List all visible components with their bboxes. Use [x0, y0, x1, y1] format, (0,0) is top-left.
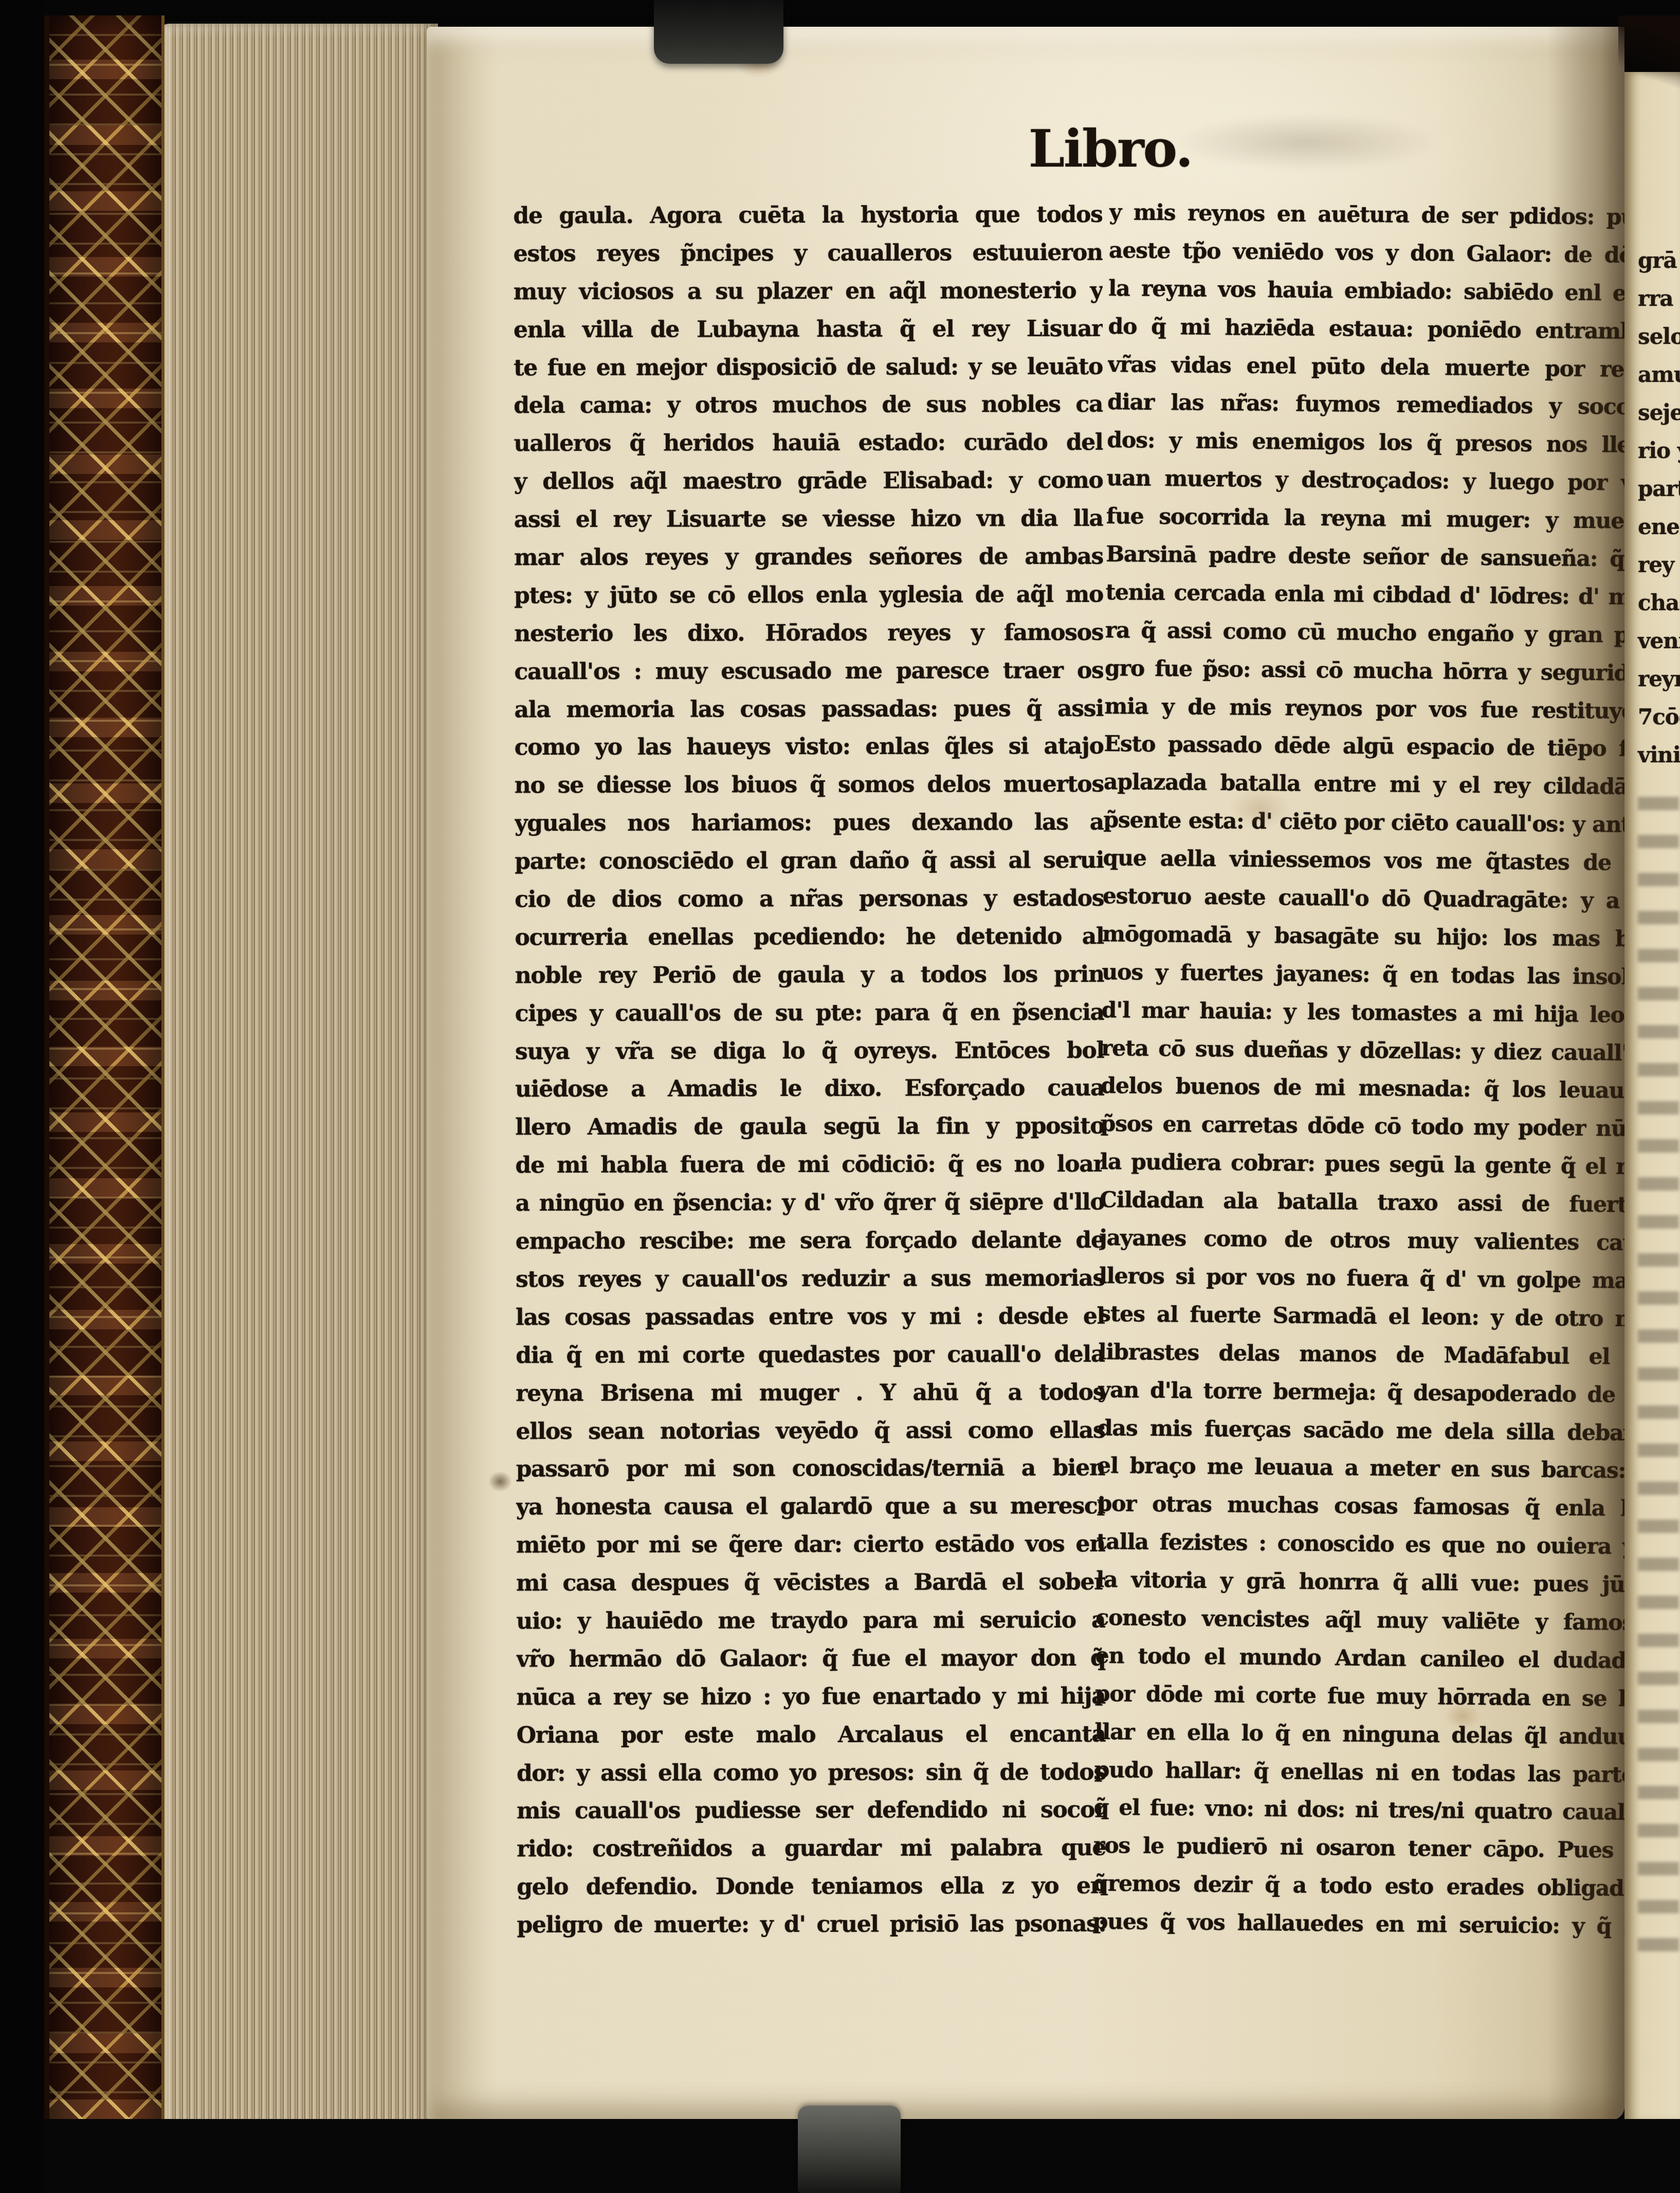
gilt-binding-edge: [44, 13, 165, 2183]
text-line: uiēdose a Amadis le dixo. Esforçado caua: [515, 1069, 1104, 1108]
text-line: ptes: y jūto se cō ellos enla yglesia de…: [514, 576, 1103, 615]
text-line: llero Amadis de gaula segū la fin y ppos…: [515, 1107, 1104, 1146]
text-line: ya honesta causa el galardō que a su mer…: [516, 1487, 1105, 1526]
edge-text-fragment: enem: [1624, 508, 1680, 546]
text-line: ocurreria enellas pcediendo: he detenido…: [515, 918, 1104, 957]
edge-text-fragment: sejer: [1624, 394, 1680, 432]
text-line: y dellos aq̃l maestro grāde Elisabad: y …: [514, 462, 1103, 501]
edge-text-fragment: chas: [1624, 584, 1680, 622]
ink-speck: [488, 1471, 512, 1492]
text-line: dia q̃ en mi corte quedastes por cauall'…: [516, 1336, 1105, 1375]
text-line: ellos sean notorias veyēdo q̃ assi como …: [516, 1411, 1105, 1450]
text-line: cipes y cauall'os de su pte: para q̃ en …: [515, 994, 1104, 1033]
text-line: te fue en mejor disposiciō de salud: y s…: [514, 348, 1103, 387]
text-line: ala memoria las cosas passadas: pues q̃ …: [514, 689, 1103, 728]
text-line: nūca a rey se hizo : yo fue enartado y m…: [516, 1677, 1105, 1716]
text-line: como yo las haueys visto: enlas q̃les si…: [515, 727, 1104, 766]
text-line: de gaula. Agora cuēta la hystoria que to…: [513, 196, 1102, 235]
text-line: uio: y hauiēdo me traydo para mi seruici…: [516, 1601, 1105, 1640]
edge-text-fragment: reyno: [1624, 660, 1680, 698]
edge-text-fragment: parti: [1624, 470, 1680, 508]
edge-text-fragment: rra: [1624, 280, 1680, 318]
text-line: noble rey Periō de gaula y a todos los p…: [515, 956, 1104, 995]
text-line: assi el rey Lisuarte se viesse hizo vn d…: [514, 500, 1103, 539]
edge-text-fragment: vinies: [1624, 736, 1680, 774]
edge-text-fragment: grā: [1624, 242, 1680, 280]
text-line: peligro de muerte: y d' cruel prisiō las…: [517, 1905, 1106, 1944]
text-line: dela cama: y otros muchos de sus nobles …: [514, 386, 1103, 425]
text-line: mis cauall'os pudiesse ser defendido ni …: [517, 1791, 1106, 1830]
edge-text-fragment: veniā: [1624, 622, 1680, 660]
text-line: passarō por mi son conoscidas/terniā a b…: [516, 1449, 1105, 1488]
text-line: estos reyes p̃ncipes y caualleros estuui…: [514, 234, 1103, 273]
text-line: muy viciosos a su plazer en aq̃l moneste…: [514, 272, 1103, 311]
text-line: stos reyes y cauall'os reduzir a sus mem…: [516, 1259, 1105, 1299]
text-line: nesterio les dixo. Hōrados reyes y famos…: [514, 614, 1103, 653]
book-photograph: Libro. de gaula. Agora cuēta la hystoria…: [0, 0, 1680, 2193]
black-border-left: [0, 0, 44, 2193]
text-line: miēto por mi se q̃ere dar: cierto estādo…: [516, 1525, 1105, 1564]
text-line: cio de dios como a nr̃as personas y esta…: [515, 880, 1104, 919]
text-line: gelo defendio. Donde teniamos ella z yo …: [517, 1867, 1106, 1906]
text-line: no se diesse los biuos q̃ somos delos mu…: [515, 765, 1104, 805]
text-line: mar alos reyes y grandes señores de amba…: [514, 538, 1103, 577]
edge-text-fragment: amu: [1624, 356, 1680, 394]
cradle-clip-top: [654, 0, 783, 64]
text-line: parte: conosciēdo el gran daño q̃ assi a…: [515, 842, 1104, 881]
text-line: Oriana por este malo Arcalaus el encanta: [517, 1715, 1106, 1754]
cradle-clip-bottom: [798, 2106, 901, 2193]
edge-text-fragment: 7cōd: [1624, 698, 1680, 736]
book-page: Libro. de gaula. Agora cuēta la hystoria…: [427, 27, 1624, 2120]
edge-text-blur: [1638, 797, 1679, 1969]
edge-text-fragment: rey Z: [1624, 546, 1680, 584]
text-line: dor: y assi ella como yo presos: sin q̃ …: [517, 1753, 1106, 1792]
black-border-top: [0, 0, 1680, 15]
edge-text-fragment: selo: [1624, 318, 1680, 356]
page-fore-edge: [156, 24, 438, 2157]
edge-text-fragment: rio y: [1624, 432, 1680, 470]
text-line: suya y vr̃a se diga lo q̃ oyreys. Entōce…: [515, 1031, 1104, 1070]
gutter-shadow: [1547, 27, 1624, 2120]
text-line: las cosas passadas entre vos y mi : desd…: [516, 1297, 1105, 1337]
text-line: mi casa despues q̃ vēcistes a Bardā el s…: [516, 1563, 1105, 1602]
text-line: cauall'os : muy escusado me paresce trae…: [514, 651, 1103, 690]
text-line: rido: costreñidos a guardar mi palabra q…: [517, 1829, 1106, 1868]
text-line: enla villa de Lubayna hasta q̃ el rey Li…: [514, 309, 1103, 349]
text-line: a ningūo en p̃sencia: y d' vr̃o q̃rer q̃…: [515, 1183, 1104, 1222]
text-line: reyna Brisena mi muger . Y ahū q̃ a todo…: [516, 1373, 1105, 1412]
text-line: empacho rescibe: me sera forçado delante…: [516, 1221, 1105, 1260]
text-column-left: de gaula. Agora cuēta la hystoria que to…: [513, 196, 1106, 1944]
text-line: vr̃o hermāo dō Galaor: q̃ fue el mayor d…: [516, 1639, 1105, 1678]
text-line: de mi habla fuera de mi cōdiciō: q̃ es n…: [515, 1145, 1104, 1184]
text-line: ualleros q̃ heridos hauiā estado: curādo…: [514, 424, 1103, 463]
text-line: yguales nos hariamos: pues dexando las a: [515, 803, 1104, 843]
running-title: Libro.: [1002, 118, 1218, 179]
